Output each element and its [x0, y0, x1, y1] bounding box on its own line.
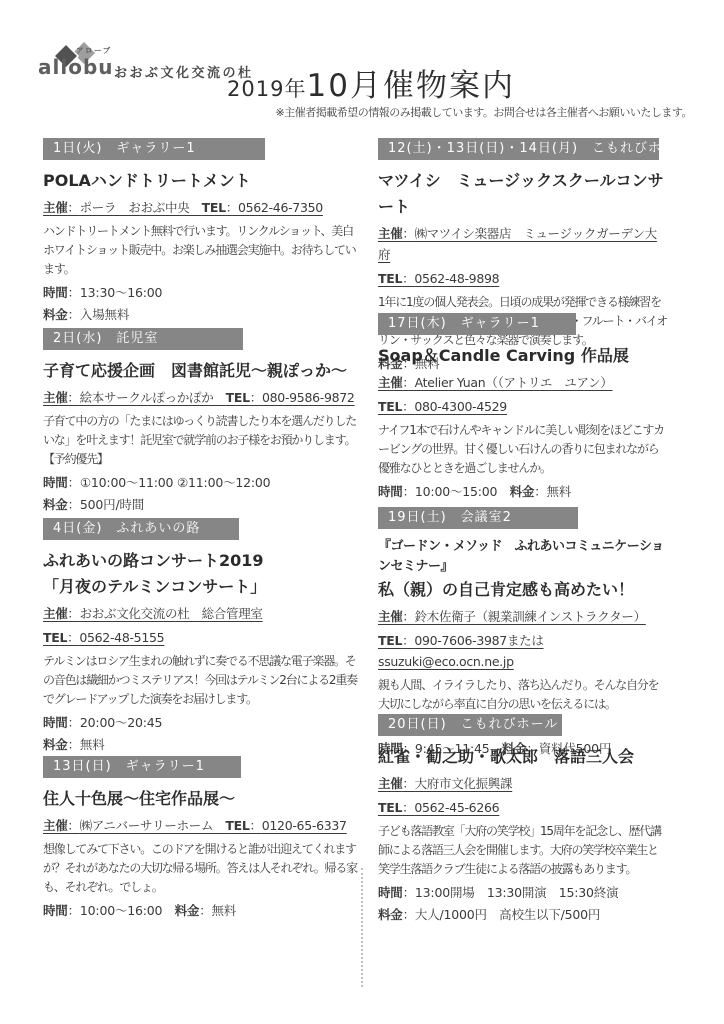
event-title: POLAハンドトリートメント: [43, 168, 357, 194]
page-title: 2019年10月催物案内: [0, 60, 724, 105]
event-date-venue-bar: 20日(日) こもれびホール: [378, 714, 562, 736]
event-description: 子ども落語教室「大府の笑学校」15周年を記念し、歴代講師による落語三人会を開催し…: [378, 822, 668, 879]
event-organizer: 主催：ポーラ おおぶ中央 TEL：0562-46-7350: [43, 197, 357, 218]
event-organizer: 主催：大府市文化振興課: [378, 773, 668, 794]
event-date-venue-bar: 13日(日) ギャラリー1: [43, 756, 241, 778]
page-title-year: 2019年: [227, 77, 306, 101]
event-card-6: 17日(木) ギャラリー1 Soap＆Candle Carving 作品展 主催…: [378, 313, 668, 503]
event-description: 親も人間、イライラしたり、落ち込んだり。そんな自分を大切にしながら率直に自分の思…: [378, 676, 668, 714]
event-title: マツイシ ミュージックスクールコンサート: [378, 168, 668, 220]
event-organizer: 主催：絵本サークルぽっかぽか TEL：080-9586-9872: [43, 387, 357, 408]
page-title-month: 10月催物案内: [307, 68, 515, 104]
event-organizer: 主催：おおぶ文化交流の杜 総合管理室: [43, 603, 357, 624]
event-title: 子育て応援企画 図書館託児～親ぽっか～: [43, 358, 357, 384]
event-time: 時間：13:00開場 13:30開演 15:30終演: [378, 882, 668, 904]
flyer-page: アローブ allobu おおぶ文化交流の杜 2019年10月催物案内 ※主催者掲…: [0, 0, 724, 1024]
event-date-venue-bar: 1日(火) ギャラリー1: [43, 138, 265, 160]
event-tel: TEL：080-4300-4529: [378, 396, 668, 417]
event-fee: 料金：大人/1000円 高校生以下/500円: [378, 904, 668, 926]
event-time-fee: 時間：10:00～15:00 料金：無料: [378, 481, 668, 503]
event-card-3: 4日(金) ふれあいの路 ふれあいの路コンサート2019 「月夜のテルミンコンサ…: [43, 518, 357, 755]
event-organizer: 主催：Atelier Yuan（（アトリエ ユアン）: [378, 372, 668, 393]
event-card-1: 1日(火) ギャラリー1 POLAハンドトリートメント 主催：ポーラ おおぶ中央…: [43, 138, 357, 325]
event-title: 私（親）の自己肯定感も高めたい！: [378, 577, 668, 603]
event-description: 子育て中の方の「たまにはゆっくり読書したり本を選んだりしたいな」を叶えます！託児…: [43, 412, 357, 469]
event-card-2: 2日(水) 託児室 子育て応援企画 図書館託児～親ぽっか～ 主催：絵本サークルぽ…: [43, 328, 357, 515]
event-fee: 料金：無料: [43, 734, 357, 756]
event-tel: TEL：0562-48-9898: [378, 268, 668, 289]
event-date-venue-bar: 19日(土) 会議室2: [378, 507, 578, 529]
event-series-title: 『ゴードン・メソッド ふれあいコミュニケーションセミナー』: [378, 537, 668, 577]
event-title: ふれあいの路コンサート2019: [43, 548, 357, 574]
event-description: ハンドトリートメント無料で行います。リンクルショット、美白ホワイトショット販売中…: [43, 222, 357, 279]
event-title: 紅雀・勧之助・歌太郎 落語三人会: [378, 744, 668, 770]
event-date-venue-bar: 17日(木) ギャラリー1: [378, 313, 576, 335]
event-tel: TEL：090-7606-3987またはssuzuki@eco.ocn.ne.j…: [378, 630, 668, 672]
event-fee: 料金：入場無料: [43, 304, 357, 326]
event-fee: 料金：500円/時間: [43, 494, 357, 516]
event-card-8: 20日(日) こもれびホール 紅雀・勧之助・歌太郎 落語三人会 主催：大府市文化…: [378, 714, 668, 925]
event-title-line2: 「月夜のテルミンコンサート」: [43, 574, 357, 600]
event-card-4: 13日(日) ギャラリー1 住人十色展～住宅作品展～ 主催：㈱アニバーサリーホー…: [43, 756, 357, 922]
event-title: Soap＆Candle Carving 作品展: [378, 343, 668, 369]
event-tel: TEL：0562-45-6266: [378, 797, 668, 818]
event-description: ナイフ1本で石けんやキャンドルに美しい彫刻をほどこすカービングの世界。甘く優しい…: [378, 421, 668, 478]
event-organizer: 主催：㈱アニバーサリーホーム TEL：0120-65-6337: [43, 815, 357, 836]
event-tel: TEL：0562-48-5155: [43, 627, 357, 648]
event-title: 住人十色展～住宅作品展～: [43, 786, 357, 812]
scan-fold-line: [361, 868, 363, 987]
event-time: 時間：13:30～16:00: [43, 282, 357, 304]
event-date-venue-bar: 12(土)・13日(日)・14日(月) こもれびホール: [378, 138, 659, 160]
event-date-venue-bar: 4日(金) ふれあいの路: [43, 518, 239, 540]
page-note: ※主催者掲載希望の情報のみ掲載しています。お問合せは各主催者へお願いいたします。: [276, 104, 692, 120]
event-time: 時間：20:00～20:45: [43, 712, 357, 734]
event-organizer: 主催：鈴木佐衛子（親業訓練インストラクター）: [378, 606, 668, 627]
event-description: テルミンはロシア生まれの触れずに奏でる不思議な電子楽器。その音色は繊細かつミステ…: [43, 652, 357, 709]
event-date-venue-bar: 2日(水) 託児室: [43, 328, 243, 350]
event-description: 想像してみて下さい。このドアを開けると誰が出迎えてくれますが？それがあなたの大切…: [43, 840, 357, 897]
event-organizer: 主催：㈱マツイシ楽器店 ミュージックガーデン大府: [378, 223, 668, 265]
event-time-fee: 時間：10:00～16:00 料金：無料: [43, 900, 357, 922]
event-time: 時間：①10:00～11:00 ②11:00～12:00: [43, 472, 357, 494]
